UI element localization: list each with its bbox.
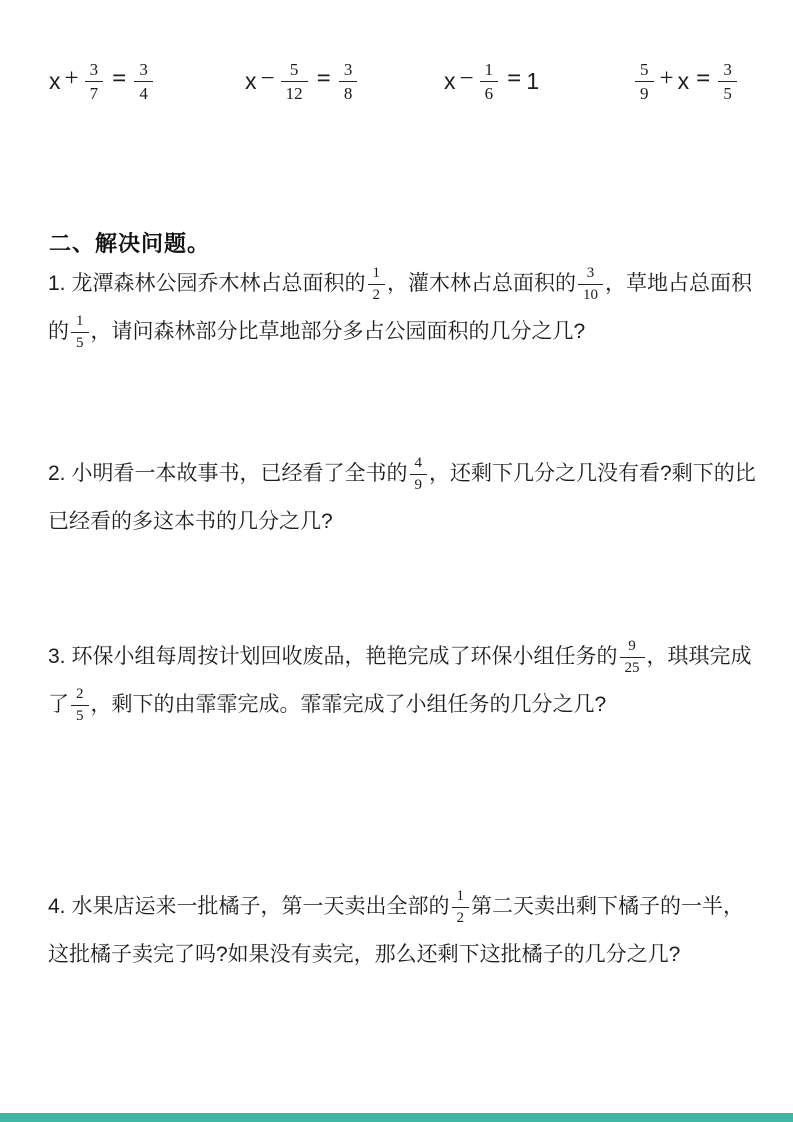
fraction-numerator: 5 bbox=[635, 60, 654, 82]
number: 1 bbox=[526, 68, 539, 95]
fraction-numerator: 1 bbox=[71, 313, 89, 333]
problem-1: 1.龙潭森林公园乔木林占总面积的12，灌木林占总面积的310，草地占总面积的15… bbox=[48, 260, 758, 356]
fraction: 16 bbox=[480, 60, 499, 103]
operator: − bbox=[261, 65, 275, 93]
fraction-equations-row: x+37=34x−512=38x−16=159+x=35 bbox=[0, 0, 793, 130]
problem-4: 4.水果店运来一批橘子，第一天卖出全部的12第二天卖出剩下橘子的一半，这批橘子卖… bbox=[48, 883, 758, 979]
problem-number: 3. bbox=[48, 645, 66, 668]
equation-4: 59+x=35 bbox=[632, 52, 740, 110]
operator: = bbox=[507, 65, 520, 93]
fraction-numerator: 2 bbox=[71, 686, 89, 706]
section-heading: 二、解决问题。 bbox=[49, 227, 210, 258]
variable: x bbox=[677, 68, 691, 95]
problem-2: 2.小明看一本故事书，已经看了全书的49，还剩下几分之几没有看?剩下的比已经看的… bbox=[48, 450, 758, 546]
fraction-numerator: 3 bbox=[339, 60, 358, 82]
fraction-denominator: 6 bbox=[480, 82, 499, 103]
equation-2: x−512=38 bbox=[244, 52, 360, 110]
text-run: 水果店运来一批橘子，第一天卖出全部的 bbox=[72, 895, 450, 918]
operator: = bbox=[112, 65, 125, 93]
fraction-denominator: 12 bbox=[281, 82, 308, 103]
variable: x bbox=[48, 68, 62, 95]
operator: + bbox=[65, 65, 79, 93]
fraction: 12 bbox=[368, 265, 386, 304]
fraction-numerator: 9 bbox=[620, 638, 645, 658]
fraction: 49 bbox=[410, 455, 428, 494]
fraction: 12 bbox=[452, 888, 470, 927]
fraction-denominator: 7 bbox=[85, 82, 104, 103]
text-run: 环保小组每周按计划回收废品，艳艳完成了环保小组任务的 bbox=[72, 645, 618, 668]
fraction: 25 bbox=[71, 686, 89, 725]
fraction-denominator: 5 bbox=[71, 706, 89, 725]
text-run: 龙潭森林公园乔木林占总面积的 bbox=[72, 272, 366, 295]
text-run: 小明看一本故事书，已经看了全书的 bbox=[72, 462, 408, 485]
problem-3: 3.环保小组每周按计划回收废品，艳艳完成了环保小组任务的925，琪琪完成了25，… bbox=[48, 633, 758, 729]
fraction-denominator: 25 bbox=[620, 658, 645, 677]
variable: x bbox=[443, 68, 457, 95]
fraction-denominator: 10 bbox=[578, 285, 603, 304]
fraction: 37 bbox=[85, 60, 104, 103]
fraction: 35 bbox=[718, 60, 737, 103]
text-run: ，剩下的由霏霏完成。霏霏完成了小组任务的几分之几? bbox=[91, 693, 607, 716]
fraction-numerator: 1 bbox=[368, 265, 386, 285]
fraction: 38 bbox=[339, 60, 358, 103]
operator: + bbox=[660, 65, 674, 93]
equation-3: x−16=1 bbox=[443, 52, 539, 110]
fraction-numerator: 3 bbox=[134, 60, 153, 82]
variable: x bbox=[244, 68, 258, 95]
problem-number: 4. bbox=[48, 895, 66, 918]
fraction: 925 bbox=[620, 638, 645, 677]
fraction-denominator: 2 bbox=[452, 908, 470, 927]
fraction: 512 bbox=[281, 60, 308, 103]
operator: = bbox=[696, 65, 709, 93]
fraction-denominator: 9 bbox=[635, 82, 654, 103]
fraction-numerator: 3 bbox=[85, 60, 104, 82]
fraction-denominator: 9 bbox=[410, 475, 428, 494]
fraction-numerator: 3 bbox=[578, 265, 603, 285]
problem-number: 2. bbox=[48, 462, 66, 485]
operator: = bbox=[317, 65, 330, 93]
fraction-numerator: 1 bbox=[452, 888, 470, 908]
fraction-numerator: 4 bbox=[410, 455, 428, 475]
fraction-numerator: 1 bbox=[480, 60, 499, 82]
operator: − bbox=[460, 65, 474, 93]
text-run: ，请问森林部分比草地部分多占公园面积的几分之几? bbox=[91, 320, 586, 343]
fraction-denominator: 5 bbox=[71, 333, 89, 352]
fraction: 15 bbox=[71, 313, 89, 352]
fraction-numerator: 5 bbox=[281, 60, 308, 82]
fraction-denominator: 2 bbox=[368, 285, 386, 304]
fraction: 310 bbox=[578, 265, 603, 304]
fraction-denominator: 8 bbox=[339, 82, 358, 103]
fraction-numerator: 3 bbox=[718, 60, 737, 82]
equation-1: x+37=34 bbox=[48, 52, 156, 110]
fraction-denominator: 5 bbox=[718, 82, 737, 103]
fraction-denominator: 4 bbox=[134, 82, 153, 103]
text-run: ，灌木林占总面积的 bbox=[387, 272, 576, 295]
fraction: 34 bbox=[134, 60, 153, 103]
fraction: 59 bbox=[635, 60, 654, 103]
worksheet-page: x+37=34x−512=38x−16=159+x=35 二、解决问题。 1.龙… bbox=[0, 0, 793, 1122]
problem-number: 1. bbox=[48, 272, 66, 295]
footer-accent-bar bbox=[0, 1113, 793, 1122]
